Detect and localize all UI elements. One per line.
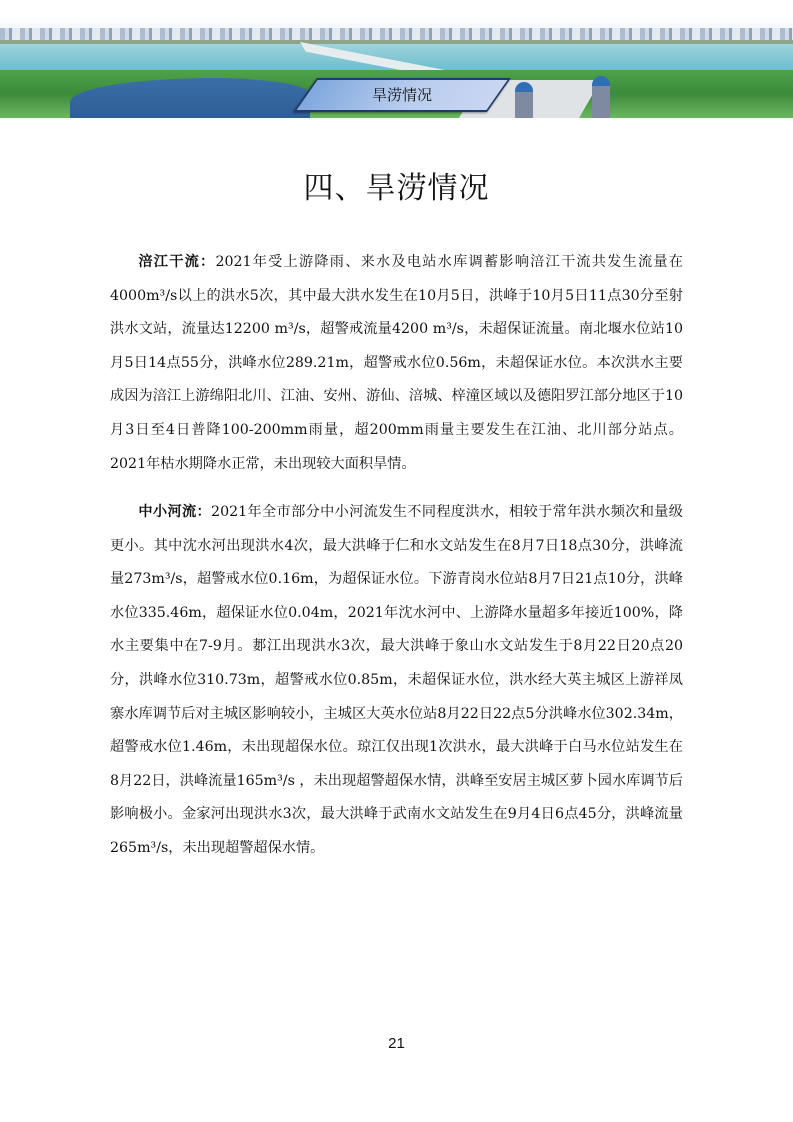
page-title: 四、旱涝情况 [0, 163, 793, 207]
header-banner: 旱涝情况 [0, 0, 793, 118]
section-tag-label: 旱涝情况 [305, 78, 499, 112]
banner-tower-icon [515, 82, 533, 118]
paragraph-fujiang-mainstream: 涪江干流：2021年受上游降雨、来水及电站水库调蓄影响涪江干流共发生流量在400… [110, 246, 683, 481]
paragraph-body: 2021年受上游降雨、来水及电站水库调蓄影响涪江干流共发生流量在4000m³/s… [110, 254, 683, 472]
page-number: 21 [0, 1035, 793, 1052]
banner-tower-icon [592, 76, 610, 118]
paragraph-body: 2021年全市部分中小河流发生不同程度洪水，相较于常年洪水频次和量级更小。其中沈… [110, 504, 683, 856]
paragraph-small-rivers: 中小河流：2021年全市部分中小河流发生不同程度洪水，相较于常年洪水频次和量级更… [110, 496, 683, 866]
paragraph-heading: 中小河流： [138, 504, 211, 520]
paragraph-heading: 涪江干流： [138, 254, 215, 270]
